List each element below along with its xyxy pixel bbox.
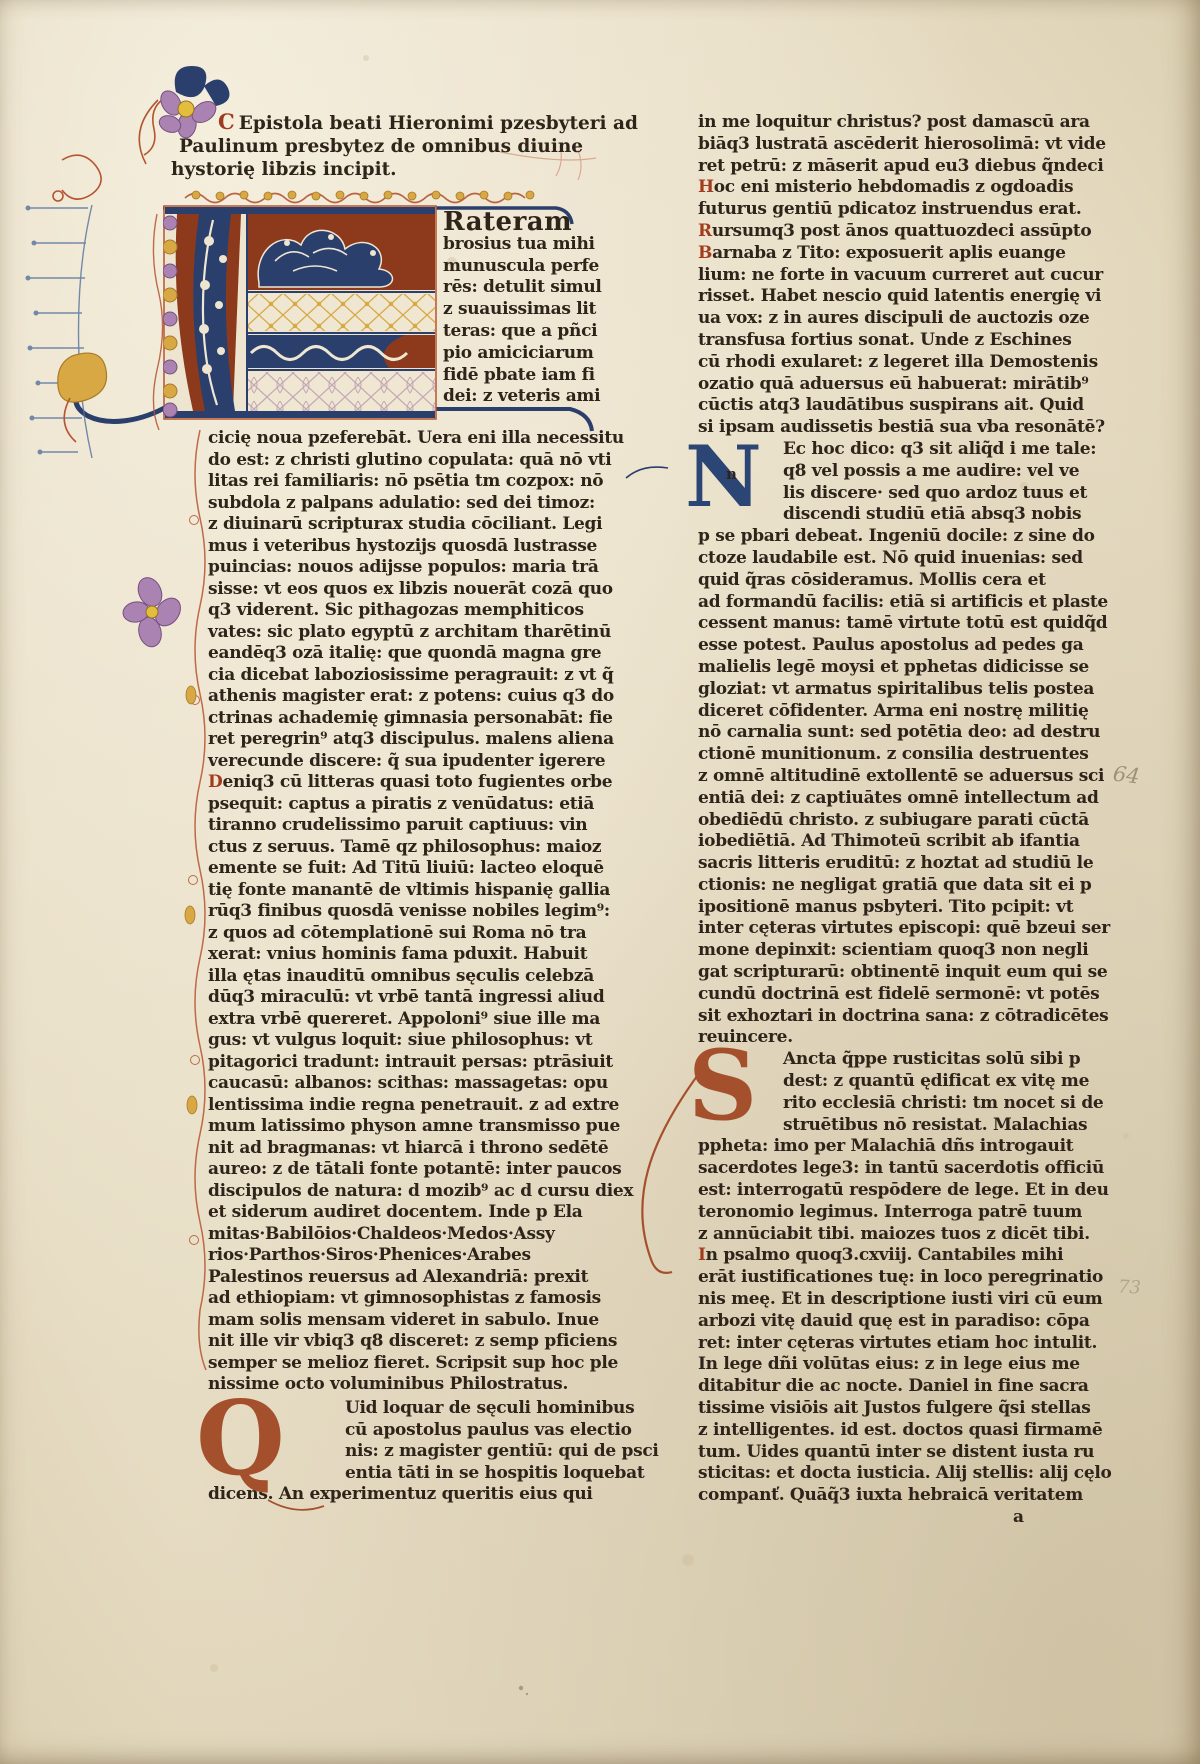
- text-line: ua vox: z in aures discipuli de auctozis…: [698, 308, 1090, 330]
- text-line: gat scripturarū: obtinentē inquit eum qu…: [698, 962, 1090, 984]
- left-column-body: cicię noua pzeferebāt. Uera eni illa nec…: [208, 428, 598, 1396]
- bottom-specks: [519, 1686, 528, 1695]
- text-line: rēs: detulit simul: [443, 277, 602, 299]
- text-line: entiā dei: z captiuātes omnē intellectum…: [698, 788, 1090, 810]
- initial-letter-S: S: [688, 1047, 757, 1126]
- text-line: p se pbari debeat. Ingeniū docile: z sin…: [698, 526, 1090, 548]
- text-line: cū rhodi exularet: z legeret illa Demost…: [698, 352, 1090, 374]
- text-line: emente se fuit: Ad Titū liuiū: lacteo el…: [208, 858, 598, 880]
- text-line: athenis magister erat: z potens: cuius q…: [208, 686, 598, 708]
- text-line: Palestinos reuersus ad Alexandriā: prexi…: [208, 1267, 598, 1289]
- text-line: illa ętas inauditū omnibus sęculis celeb…: [208, 966, 598, 988]
- quire-signature-mark: a: [698, 1507, 1090, 1529]
- text-line: xerat: vnius hominis fama pduxit. Habuit: [208, 944, 598, 966]
- text-line: puincias: nouos adijsse populos: maria t…: [208, 557, 598, 579]
- text-line: sisse: vt eos quos ex libzis nouerāt coz…: [208, 579, 598, 601]
- right-column: in me loquitur christus? post damascū ar…: [698, 112, 1090, 1529]
- text-line: q3 viderent. Sic pithagozas memphiticos: [208, 600, 598, 622]
- pencil-note-middle: 64: [1112, 761, 1141, 788]
- text-line: nō carnalia sunt: sed potētia deo: ad de…: [698, 722, 1090, 744]
- text-line: companť. Quāq̃3 iuxta hebraicā veritatem: [698, 1485, 1090, 1507]
- text-line: esse potest. Paulus apostolus ad pedes g…: [698, 635, 1090, 657]
- text-line: do est: z christi glutino copulata: quā …: [208, 450, 598, 472]
- text-line: aureo: z de tātali fonte potantē: inter …: [208, 1159, 598, 1181]
- text-line: tię fonte manantē de vltimis hispanię ga…: [208, 880, 598, 902]
- text-line: risset. Habet nescio quid latentis energ…: [698, 286, 1090, 308]
- blue-comb-flourishes: [26, 205, 93, 458]
- text-line: caucasū: albanos: scithas: massagetas: o…: [208, 1073, 598, 1095]
- text-line: cia dicebat laboziosissime peragrauit: z…: [208, 665, 598, 687]
- text-line: ad ethiopiam: vt gimnosophistas z famosi…: [208, 1288, 598, 1310]
- text-line: teronomio legimus. Interroga patrē tuum: [698, 1202, 1090, 1224]
- text-line: est: interrogatū respōdere de lege. Et i…: [698, 1180, 1090, 1202]
- n-initial-flourish: [626, 467, 668, 478]
- text-line: psequit: captus a piratis z venūdatus: e…: [208, 794, 598, 816]
- header-line: hystorię libzis incipit.: [171, 158, 638, 181]
- text-line: semper se melioz fieret. Scripsit sup ho…: [208, 1353, 598, 1375]
- text-line: sit exhoztari in doctrina sana: z cōtrad…: [698, 1006, 1090, 1028]
- text-line: inter cęteras virtutes episcopi: quē bze…: [698, 918, 1090, 940]
- text-line: In psalmo quoq3.cxviij. Cantabiles mihi: [698, 1245, 1090, 1267]
- right-column-paragraph-2: p se pbari debeat. Ingeniū docile: z sin…: [698, 526, 1090, 1049]
- text-line: dūq3 miraculū: vt vrbē tantā ingressi al…: [208, 987, 598, 1009]
- text-line: nit ille vir vbiq3 q8 disceret: z semp p…: [208, 1331, 598, 1353]
- initial-letter-Q: Q: [196, 1398, 285, 1482]
- header-line: Paulinum presbytez de omnibus diuine: [171, 135, 638, 158]
- text-line: iobediētiā. Ad Thimoteū scribit ab ifant…: [698, 831, 1090, 853]
- text-line: in me loquitur christus? post damascū ar…: [698, 112, 1090, 134]
- text-line: vates: sic plato egyptū z architam tharē…: [208, 622, 598, 644]
- text-line: z suauissimas lit: [443, 299, 602, 321]
- text-line: ditabitur die ac nocte. Daniel in fine s…: [698, 1376, 1090, 1398]
- text-line: ctus z seruus. Tamē qz philosophus: maio…: [208, 837, 598, 859]
- text-line: dei: z veteris ami: [443, 386, 602, 408]
- header-line: CEpistola beati Hieronimi pzesbyteri ad: [171, 110, 638, 135]
- incunable-page: F CEpistola beati Hieronimi pzesbyteri a…: [0, 0, 1200, 1764]
- opening-rest-lines: brosius tua mihimunuscula perferēs: detu…: [443, 234, 602, 408]
- text-line: sticitas: et docta iusticia. Alij stelli…: [698, 1463, 1090, 1485]
- text-line: ozatio quā aduersus eū habuerat: mirātib…: [698, 374, 1090, 396]
- text-line: gus: vt vulgus loquit: siue philosophus:…: [208, 1030, 598, 1052]
- text-line: erāt iustificationes tuę: in loco peregr…: [698, 1267, 1090, 1289]
- text-line: ctoze laudabile est. Nō quid inuenias: s…: [698, 548, 1090, 570]
- text-line: quid q̃ras cōsideramus. Mollis cera et: [698, 570, 1090, 592]
- text-line: In lege dñi volūtas eius: z in lege eius…: [698, 1354, 1090, 1376]
- text-line: malielis legē moysi et pphetas didicisse…: [698, 657, 1090, 679]
- illuminated-initial-F: F: [163, 205, 437, 420]
- text-line: sacris litteris eruditū: z hoztat ad stu…: [698, 853, 1090, 875]
- text-line: biāq3 lustratā ascēderit hierosolimā: vt…: [698, 134, 1090, 156]
- text-line: mitas·Babilōios·Chaldeos·Medos·Assy: [208, 1224, 598, 1246]
- text-line: obediēdū christo. z subiugare parati cūc…: [698, 810, 1090, 832]
- text-line: Deniq3 cū litteras quasi toto fugientes …: [208, 772, 598, 794]
- right-column-paragraph-1: in me loquitur christus? post damascū ar…: [698, 112, 1090, 439]
- text-line: ret peregrin⁹ atq3 discipulus. malens al…: [208, 729, 598, 751]
- text-line: futurus gentiū pdicatoz instruendus erat…: [698, 199, 1090, 221]
- text-line: brosius tua mihi: [443, 234, 602, 256]
- text-line: ctionis: ne negligat gratiā que data sit…: [698, 875, 1090, 897]
- text-line: arbozi vitę dauid quę est in paradiso: c…: [698, 1311, 1090, 1333]
- text-line: cundū doctrinā est fidelē sermonē: vt po…: [698, 984, 1090, 1006]
- paragraph-mark: C: [218, 109, 235, 134]
- text-line: discipulos de natura: d mozib⁹ ac d curs…: [208, 1181, 598, 1203]
- header-pen-flourishes: [53, 95, 172, 201]
- q-paragraph: Q Uid loquar de sęculi hominibuscū apost…: [208, 1398, 598, 1506]
- n-paragraph: N n Ec hoc dico: q3 sit aliq̃d i me tale…: [698, 439, 1090, 526]
- text-line: gloziat: vt armatus spiritalibus telis p…: [698, 679, 1090, 701]
- text-line: z omnē altitudinē extollentē se aduersus…: [698, 766, 1090, 788]
- text-line: ctionē munitionum. z consilia destruente…: [698, 744, 1090, 766]
- text-line: mone depinxit: scientiam quoq3 non negli: [698, 940, 1090, 962]
- text-line: Barnaba z Tito: exposuerit aplis euange: [698, 243, 1090, 265]
- text-line: rūq3 finibus quosdā venisse nobiles legi…: [208, 901, 598, 923]
- text-line: et siderum audiret docentem. Inde p Ela: [208, 1202, 598, 1224]
- text-line: Hoc eni misterio hebdomadis z ogdoadis: [698, 177, 1090, 199]
- pencil-note-lower: 73: [1117, 1276, 1141, 1298]
- text-line: mum latissimo physon amne transmisso pue: [208, 1116, 598, 1138]
- gold-band-ornament: [185, 191, 534, 203]
- text-line: tissime visiōis ait Justos fulgere q̃si …: [698, 1398, 1090, 1420]
- text-line: z intelligentes. id est. doctos quasi fi…: [698, 1420, 1090, 1442]
- text-line: ctrinas achademię gimnasia personabāt: f…: [208, 708, 598, 730]
- text-line: Rursumq3 post ānos quattuozdeci assūpto: [698, 221, 1090, 243]
- text-line: pitagorici tradunt: intrauit persas: ptr…: [208, 1052, 598, 1074]
- opening-first-line: Rateram: [443, 212, 602, 234]
- text-line: verecunde discere: q̃ sua ipudenter iger…: [208, 751, 598, 773]
- flower-middle: [121, 574, 185, 650]
- header-text: Epistola beati Hieronimi pzesbyteri ad: [239, 113, 638, 134]
- text-line: subdola z palpans adulatio: sed dei timo…: [208, 493, 598, 515]
- text-line: pio amiciciarum: [443, 343, 602, 365]
- text-line: nis meę. Et in descriptione iusti viri c…: [698, 1289, 1090, 1311]
- text-line: lium: ne forte in vacuum curreret aut cu…: [698, 265, 1090, 287]
- text-line: z diuinarū scripturax studia cōciliant. …: [208, 514, 598, 536]
- text-line: extra vrbē quereret. Appoloni⁹ siue ille…: [208, 1009, 598, 1031]
- text-line: teras: que a pñci: [443, 321, 602, 343]
- text-line: tum. Uides quantū inter se distent iusta…: [698, 1442, 1090, 1464]
- text-line: rios·Parthos·Siros·Phenices·Arabes: [208, 1245, 598, 1267]
- initial-F-artwork: [163, 205, 437, 420]
- text-line: ret: inter cęteras virtutes etiam hoc in…: [698, 1333, 1090, 1355]
- text-line: nit ad bragmanas: vt hiarcā i throno sed…: [208, 1138, 598, 1160]
- initial-letter-N: N: [685, 443, 762, 512]
- text-line: diceret cōfidenter. Arma eni nostrę mili…: [698, 701, 1090, 723]
- text-line: munuscula perfe: [443, 256, 602, 278]
- text-line: sacerdotes lege3: in tantū sacerdotis of…: [698, 1158, 1090, 1180]
- text-line: ret petrū: z māserit apud eu3 diebus q̃n…: [698, 156, 1090, 178]
- text-line: litas rei familiaris: nō psētia tm cozpo…: [208, 471, 598, 493]
- text-line: cūctis atq3 laudātibus suspirans ait. Qu…: [698, 395, 1090, 417]
- gold-leaf: [58, 353, 107, 442]
- text-line: cessent manus: tamē virtute totū est qui…: [698, 613, 1090, 635]
- s-paragraph: S Ancta q̃ppe rusticitas solū sibi pdest…: [698, 1049, 1090, 1136]
- opening-lines: Rateram brosius tua mihimunuscula perfer…: [443, 212, 602, 408]
- right-column-paragraph-3: ppheta: imo per Malachiā dñs introgauits…: [698, 1136, 1090, 1507]
- incipit-header: CEpistola beati Hieronimi pzesbyteri ad …: [171, 110, 638, 181]
- text-line: eandēq3 ozā italię: que quondā magna gre: [208, 643, 598, 665]
- text-line: tiranno crudelissimo paruit captiuus: vi…: [208, 815, 598, 837]
- text-line: z quos ad cōtemplationē sui Roma nō tra: [208, 923, 598, 945]
- text-line: lentissima indie regna penetrauit. z ad …: [208, 1095, 598, 1117]
- text-line: ad formandū facilis: etiā si artificis e…: [698, 592, 1090, 614]
- guide-letter-n: n: [726, 465, 737, 483]
- gold-knobs: [185, 686, 197, 1114]
- text-line: fidē pbate iam fi: [443, 365, 602, 387]
- text-line: transfusa fortius sonat. Unde z Eschines: [698, 330, 1090, 352]
- text-line: cicię noua pzeferebāt. Uera eni illa nec…: [208, 428, 598, 450]
- text-line: ipositionē manus psbyteri. Tito pcipit: …: [698, 897, 1090, 919]
- text-line: mam solis mensam videret in sabulo. Inue: [208, 1310, 598, 1332]
- text-line: mus i veteribus hystozijs quosdā lustras…: [208, 536, 598, 558]
- text-line: z annūciabit tibi. maiozes tuos z dicēt …: [698, 1224, 1090, 1246]
